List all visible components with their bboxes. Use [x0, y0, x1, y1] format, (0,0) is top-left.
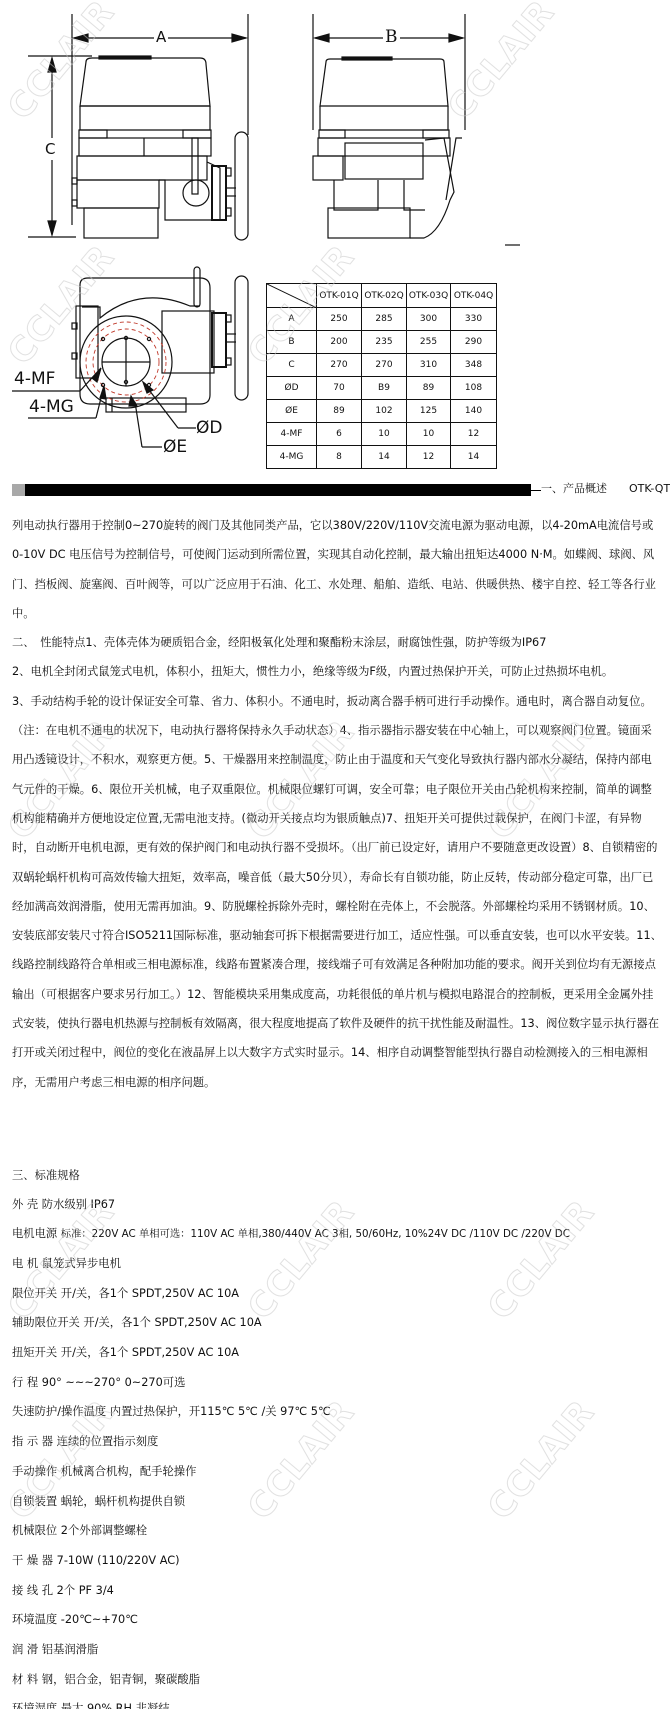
spec-value: 7-10W (110/220V AC)	[57, 1554, 180, 1567]
spec-item: 手动操作 机械离合机构，配手轮操作	[12, 1463, 196, 1479]
section1-lead: OTK-QT系	[629, 482, 670, 495]
table-cell: 10	[362, 423, 407, 446]
table-cell: 70	[317, 377, 362, 400]
label-4-mg: 4-MG	[29, 397, 74, 417]
spec-item: 辅助限位开关 开/关，各1个 SPDT,250V AC 10A	[12, 1314, 262, 1330]
spec-item: 失速防护/操作温度 内置过热保护，开115℃ 5℃ /关 97℃ 5℃	[12, 1403, 331, 1419]
table-cell: 12	[407, 446, 451, 469]
spec-item: 外 壳 防水级别 IP67	[12, 1196, 115, 1212]
table-cell: 8	[317, 446, 362, 469]
table-row: 4-MG 8 14 12 14	[267, 446, 497, 469]
spec-item: 行 程 90° ~~~270° 0~270可选	[12, 1374, 185, 1390]
spec-value: 内置过热保护，开115℃ 5℃ /关 97℃ 5℃	[110, 1405, 331, 1418]
divider-black-bar	[25, 484, 531, 496]
spec-label: 机械限位	[12, 1524, 57, 1537]
spec-item: 环境温度 -20℃~+70℃	[12, 1611, 138, 1627]
table-cell: 6	[317, 423, 362, 446]
table-header-cell: OTK-01Q	[317, 284, 362, 308]
section2-line-2: 2、电机全封闭式鼠笼式电机，体积小，扭矩大，惯性力小，绝缘等级为F级，内置过热保…	[12, 657, 662, 686]
spec-value: 最大 90% RH 非凝结	[61, 1702, 170, 1709]
spec-value: 鼠笼式异步电机	[42, 1257, 121, 1270]
spec-value: 机械离合机构，配手轮操作	[61, 1465, 197, 1478]
spec-value: 开/关，各1个 SPDT,250V AC 10A	[61, 1287, 239, 1300]
spec-value: 标准：220V AC 单相可选：110V AC 单相,380/440V AC 3…	[61, 1228, 570, 1240]
table-header-row: OTK-01Q OTK-02Q OTK-03Q OTK-04Q	[267, 284, 497, 308]
spec-label: 材 料	[12, 1673, 38, 1686]
table-header-cell: OTK-04Q	[451, 284, 497, 308]
document-body: 列电动执行器用于控制0~270旋转的阀门及其他同类产品，它以380V/220V/…	[12, 511, 662, 1097]
spec-label: 接 线 孔	[12, 1584, 53, 1597]
spec-label: 润 滑	[12, 1643, 38, 1656]
spec-label: 自锁装置	[12, 1495, 57, 1508]
row-label: 4-MF	[267, 423, 317, 446]
table-cell: 255	[407, 331, 451, 354]
spec-label: 指 示 器	[12, 1435, 53, 1448]
table-row: B 200 235 255 290	[267, 331, 497, 354]
table-cell: 330	[451, 308, 497, 331]
table-cell: B9	[362, 377, 407, 400]
spec-value: 开/关，各1个 SPDT,250V AC 10A	[83, 1316, 261, 1329]
row-label: ØD	[267, 377, 317, 400]
table-cell: 14	[362, 446, 407, 469]
spec-label: 干 燥 器	[12, 1554, 53, 1567]
label-dim-c: C	[45, 138, 55, 160]
spec-item: 干 燥 器 7-10W (110/220V AC)	[12, 1552, 180, 1568]
spec-label: 外 壳	[12, 1198, 38, 1211]
spec-value: 防水级别 IP67	[42, 1198, 115, 1211]
section1-heading-line: 一、产品概述OTK-QT系	[541, 480, 670, 496]
divider-thin-line	[531, 490, 541, 491]
row-label: ØE	[267, 400, 317, 423]
spec-item: 指 示 器 连续的位置指示刻度	[12, 1433, 158, 1449]
table-row: 4-MF 6 10 10 12	[267, 423, 497, 446]
label-dim-a: A	[154, 28, 168, 46]
spec-label: 环境温度	[12, 1613, 57, 1626]
divider-grey-block	[12, 484, 25, 496]
table-cell: 310	[407, 354, 451, 377]
section1-paragraph: 列电动执行器用于控制0~270旋转的阀门及其他同类产品，它以380V/220V/…	[12, 511, 662, 628]
row-label: 4-MG	[267, 446, 317, 469]
dimension-table: OTK-01Q OTK-02Q OTK-03Q OTK-04Q A 250 28…	[266, 283, 497, 469]
spec-label: 行 程	[12, 1376, 38, 1389]
spec-value: 铝基润滑脂	[42, 1643, 99, 1656]
spec-item: 电机电源 标准：220V AC 单相可选：110V AC 单相,380/440V…	[12, 1225, 570, 1241]
spec-label: 失速防护/操作温度	[12, 1405, 106, 1418]
spec-label: 环境湿度	[12, 1702, 57, 1709]
section2-features: 3、手动结构手轮的设计保证安全可靠、省力、体积小。不通电时，扳动离合器手柄可进行…	[12, 687, 662, 1097]
row-label: A	[267, 308, 317, 331]
front-view	[28, 14, 248, 240]
spec-item: 接 线 孔 2个 PF 3/4	[12, 1582, 114, 1598]
table-cell: 285	[362, 308, 407, 331]
table-cell: 270	[362, 354, 407, 377]
table-cell: 140	[451, 400, 497, 423]
watermark: CCLAIR	[240, 1192, 362, 1327]
row-label: B	[267, 331, 317, 354]
spec-value: -20℃~+70℃	[61, 1613, 138, 1626]
table-cell: 235	[362, 331, 407, 354]
section2-line-1: 二、 性能特点1、壳体壳体为硬质铝合金，经阳极氧化处理和聚酯粉末涂层，耐腐蚀性强…	[12, 628, 662, 657]
spec-value: 2个外部调整螺栓	[61, 1524, 147, 1537]
spec-label: 扭矩开关	[12, 1346, 57, 1359]
table-cell: 200	[317, 331, 362, 354]
label-dim-b: B	[383, 27, 400, 47]
label-phi-d: ØD	[196, 418, 222, 438]
table-header-cell: OTK-03Q	[407, 284, 451, 308]
table-cell: 300	[407, 308, 451, 331]
section3-heading: 三、标准规格	[12, 1167, 80, 1183]
spec-item: 润 滑 铝基润滑脂	[12, 1641, 98, 1657]
spec-value: 钢，铝合金，铝青铜，聚碳酸脂	[42, 1673, 200, 1686]
table-cell: 12	[451, 423, 497, 446]
table-cell: 348	[451, 354, 497, 377]
spec-value: 90° ~~~270° 0~270可选	[42, 1376, 186, 1389]
table-row: A 250 285 300 330	[267, 308, 497, 331]
spec-item: 环境湿度 最大 90% RH 非凝结	[12, 1700, 170, 1709]
diagonal-line	[267, 284, 317, 308]
table-cell: 102	[362, 400, 407, 423]
spec-value: 开/关，各1个 SPDT,250V AC 10A	[61, 1346, 239, 1359]
spec-item: 限位开关 开/关，各1个 SPDT,250V AC 10A	[12, 1285, 239, 1301]
table-cell: 89	[317, 400, 362, 423]
section1-heading: 一、产品概述	[541, 482, 607, 495]
watermark: CCLAIR	[480, 1392, 602, 1527]
spec-value: 连续的位置指示刻度	[57, 1435, 159, 1448]
label-4-mf: 4-MF	[14, 369, 55, 389]
spec-label: 辅助限位开关	[12, 1316, 80, 1329]
table-header-cell: OTK-02Q	[362, 284, 407, 308]
spec-item: 机械限位 2个外部调整螺栓	[12, 1522, 147, 1538]
watermark: CCLAIR	[480, 1192, 602, 1327]
spec-label: 电机电源	[12, 1227, 57, 1240]
spec-item: 电 机 鼠笼式异步电机	[12, 1255, 121, 1271]
table-row: ØE 89 102 125 140	[267, 400, 497, 423]
spec-label: 电 机	[12, 1257, 38, 1270]
table-corner-cell	[267, 284, 317, 308]
table-cell: 125	[407, 400, 451, 423]
spec-item: 自锁装置 蜗轮，蜗杆机构提供自锁	[12, 1493, 185, 1509]
table-cell: 250	[317, 308, 362, 331]
section-divider: 一、产品概述OTK-QT系	[12, 484, 670, 498]
table-cell: 108	[451, 377, 497, 400]
spec-value: 2个 PF 3/4	[57, 1584, 114, 1597]
dimension-drawing: A C B 4-MF 4-MG ØD ØE OTK-01Q OTK-02Q OT…	[0, 0, 670, 470]
table-row: C 270 270 310 348	[267, 354, 497, 377]
table-row: ØD 70 B9 89 108	[267, 377, 497, 400]
spec-label: 手动操作	[12, 1465, 57, 1478]
table-cell: 270	[317, 354, 362, 377]
spec-item: 材 料 钢，铝合金，铝青铜，聚碳酸脂	[12, 1671, 200, 1687]
row-label: C	[267, 354, 317, 377]
spec-label: 限位开关	[12, 1287, 57, 1300]
spec-value: 蜗轮，蜗杆机构提供自锁	[61, 1495, 185, 1508]
table-cell: 290	[451, 331, 497, 354]
table-cell: 10	[407, 423, 451, 446]
table-cell: 14	[451, 446, 497, 469]
side-view	[313, 14, 520, 245]
table-cell: 89	[407, 377, 451, 400]
spec-item: 扭矩开关 开/关，各1个 SPDT,250V AC 10A	[12, 1344, 239, 1360]
label-phi-e: ØE	[163, 437, 187, 457]
